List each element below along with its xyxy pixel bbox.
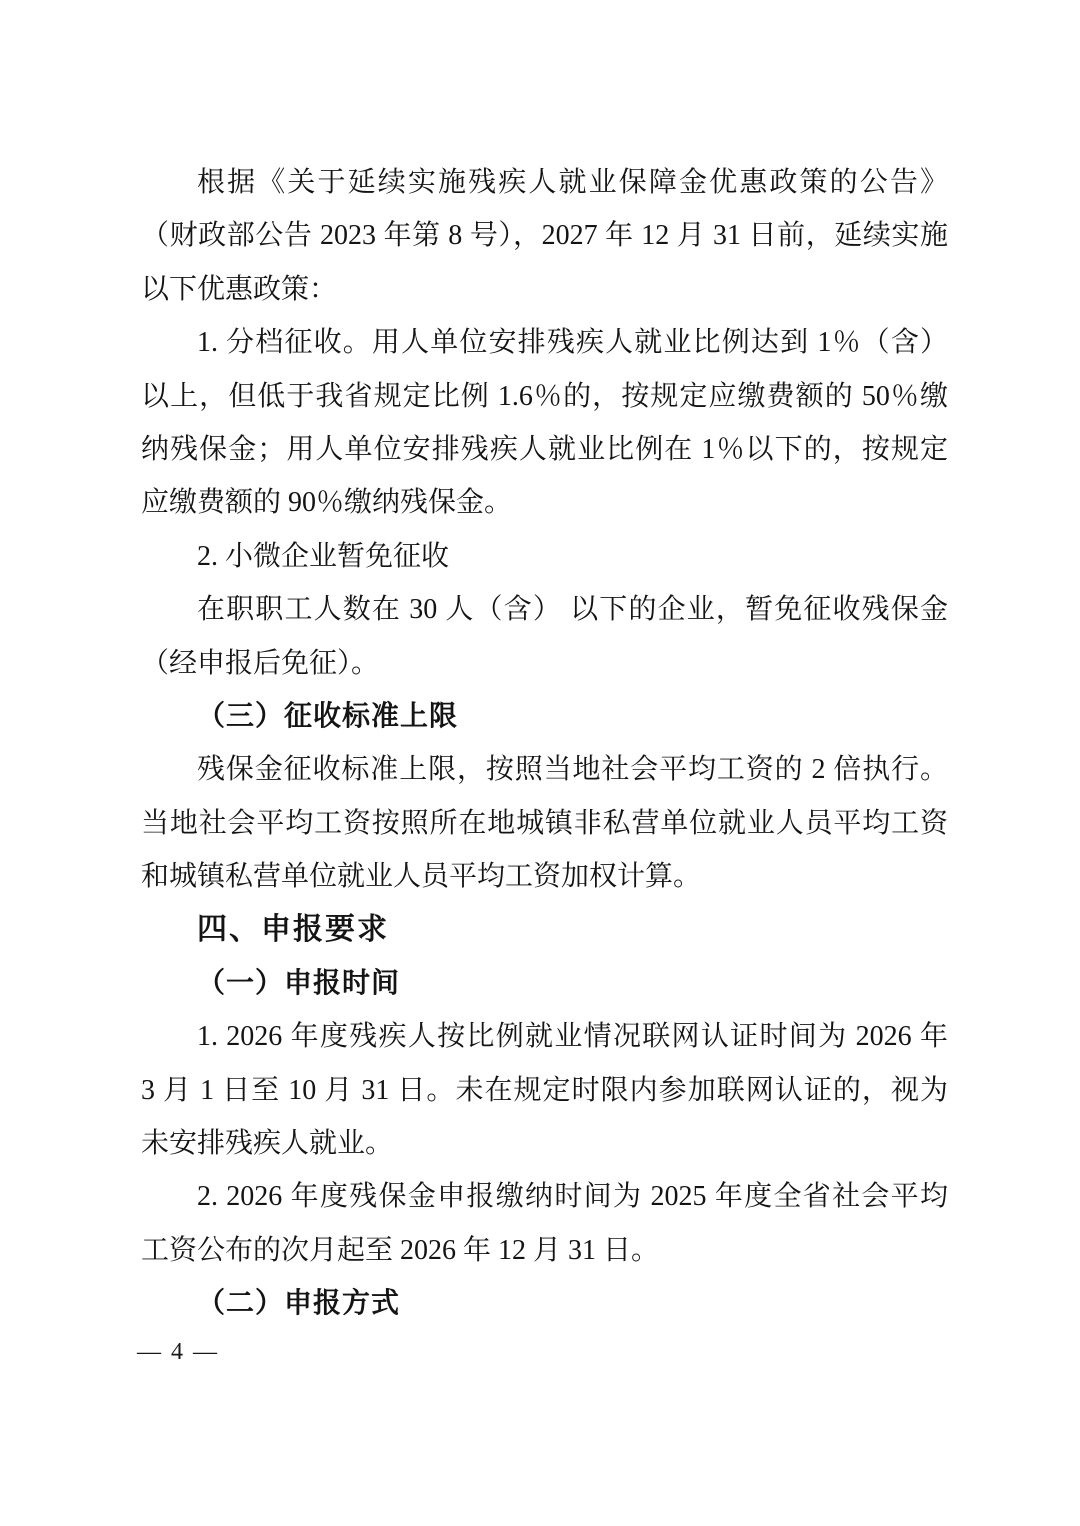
paragraph-line: 和城镇私营单位就业人员平均工资加权计算。 [141, 850, 948, 903]
paragraph-line: （经申报后免征）。 [141, 637, 948, 690]
section-heading-declaration-requirements: 四、申报要求 [141, 903, 948, 956]
document-body: 根据《关于延续实施残疾人就业保障金优惠政策的公告》 （财政部公告 2023 年第… [141, 156, 948, 1331]
paragraph-line: 2. 2026 年度残保金申报缴纳时间为 2025 年度全省社会平均 [141, 1170, 948, 1223]
paragraph-line: 以下优惠政策： [141, 263, 948, 316]
page-number: — 4 — [137, 1336, 219, 1368]
paragraph-line: 根据《关于延续实施残疾人就业保障金优惠政策的公告》 [141, 156, 948, 209]
paragraph-line: 在职职工人数在 30 人（含） 以下的企业，暂免征收残保金 [141, 583, 948, 636]
paragraph-line: （财政部公告 2023 年第 8 号），2027 年 12 月 31 日前，延续… [141, 209, 948, 262]
paragraph-line: 应缴费额的 90％缴纳残保金。 [141, 476, 948, 529]
document-page: 根据《关于延续实施残疾人就业保障金优惠政策的公告》 （财政部公告 2023 年第… [0, 0, 1080, 1526]
paragraph-line: 以上，但低于我省规定比例 1.6％的，按规定应缴费额的 50％缴 [141, 370, 948, 423]
paragraph-line-item-2: 2. 小微企业暂免征收 [141, 530, 948, 583]
subsection-heading-declaration-method: （二）申报方式 [141, 1277, 948, 1330]
paragraph-line: 残保金征收标准上限，按照当地社会平均工资的 2 倍执行。 [141, 743, 948, 796]
paragraph-line: 纳残保金；用人单位安排残疾人就业比例在 1％以下的，按规定 [141, 423, 948, 476]
paragraph-line-item-1: 1. 分档征收。用人单位安排残疾人就业比例达到 1％（含） [141, 316, 948, 369]
paragraph-line: 工资公布的次月起至 2026 年 12 月 31 日。 [141, 1224, 948, 1277]
paragraph-line: 3 月 1 日至 10 月 31 日。未在规定时限内参加联网认证的，视为 [141, 1064, 948, 1117]
paragraph-line: 当地社会平均工资按照所在地城镇非私营单位就业人员平均工资 [141, 797, 948, 850]
subsection-heading-levy-cap: （三）征收标准上限 [141, 690, 948, 743]
subsection-heading-declaration-time: （一）申报时间 [141, 957, 948, 1010]
paragraph-line: 1. 2026 年度残疾人按比例就业情况联网认证时间为 2026 年 [141, 1010, 948, 1063]
paragraph-line: 未安排残疾人就业。 [141, 1117, 948, 1170]
